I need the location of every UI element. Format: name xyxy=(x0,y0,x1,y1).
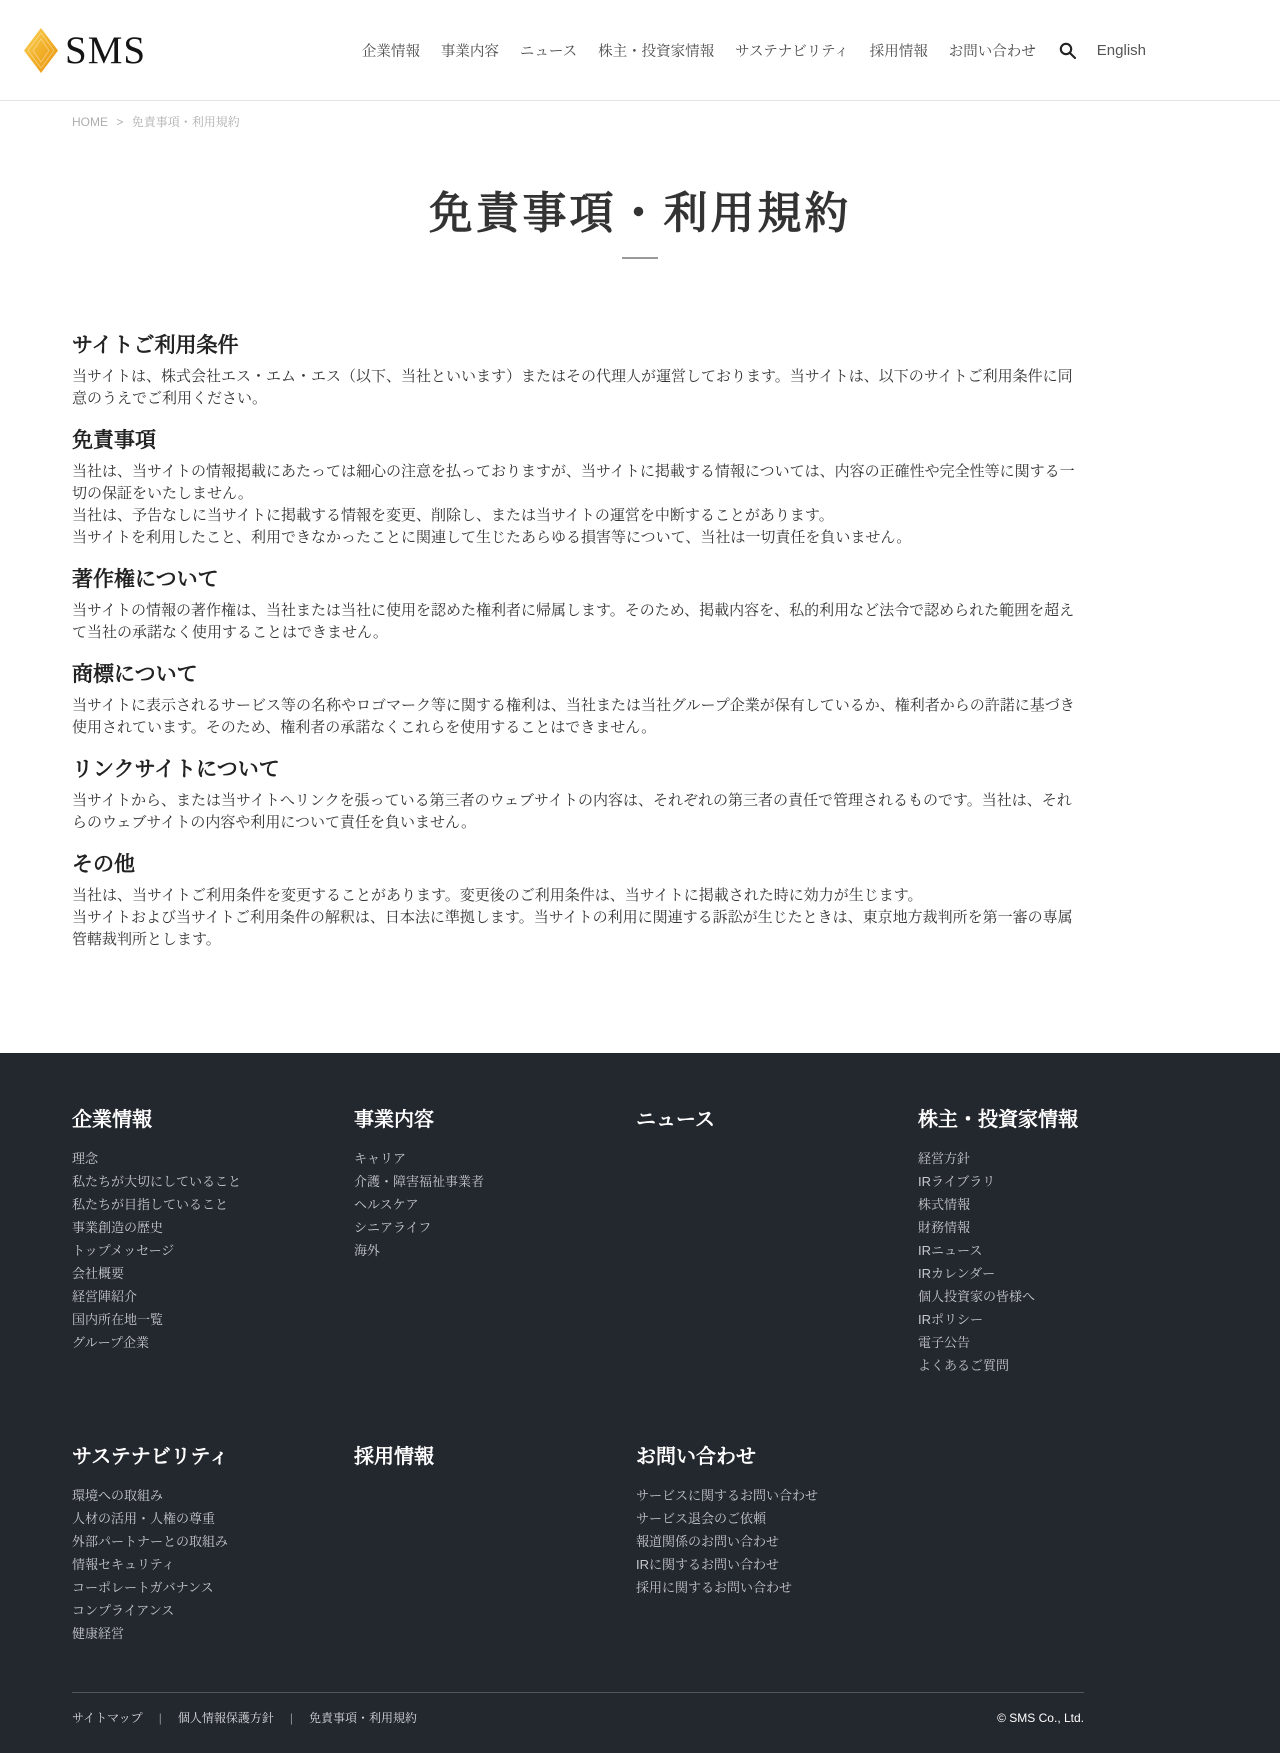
page-title: 免責事項・利用規約 xyxy=(0,184,1280,243)
footer-link[interactable]: ヘルスケア xyxy=(354,1198,636,1212)
footer-link[interactable]: IRに関するお問い合わせ xyxy=(636,1558,918,1572)
footer-link[interactable]: IRポリシー xyxy=(918,1313,1200,1327)
footer-heading-recruit[interactable]: 採用情報 xyxy=(354,1440,636,1469)
footer-terms-link[interactable]: 免責事項・利用規約 xyxy=(309,1709,417,1726)
footer-link[interactable]: 事業創造の歴史 xyxy=(72,1221,354,1235)
footer-heading-contact[interactable]: お問い合わせ xyxy=(636,1440,918,1469)
logo-diamond-icon xyxy=(24,28,58,73)
footer-links-separator: | xyxy=(290,1711,293,1725)
footer-bottom-links: サイトマップ | 個人情報保護方針 | 免責事項・利用規約 xyxy=(72,1709,417,1726)
section-body: 当サイトから、または当サイトへリンクを張っている第三者のウェブサイトの内容は、そ… xyxy=(72,790,1084,834)
footer-link[interactable]: 経営陣紹介 xyxy=(72,1290,354,1304)
footer-link[interactable]: IRライブラリ xyxy=(918,1175,1200,1189)
search-icon xyxy=(1059,42,1076,59)
logo-text: SMS xyxy=(65,31,146,70)
section-heading: 商標について xyxy=(72,662,1084,687)
footer-col-sustainability: サステナビリティ 環境への取組み 人材の活用・人権の尊重 外部パートナーとの取組… xyxy=(72,1440,354,1650)
footer-links-separator: | xyxy=(159,1711,162,1725)
section-body: 当社は、当サイトご利用条件を変更することがあります。変更後のご利用条件は、当サイ… xyxy=(72,885,1084,951)
footer-heading-news[interactable]: ニュース xyxy=(636,1103,918,1132)
footer-link[interactable]: 情報セキュリティ xyxy=(72,1558,354,1572)
language-switch[interactable]: English xyxy=(1097,42,1146,59)
section-trademark: 商標について 当サイトに表示されるサービス等の名称やロゴマーク等に関する権利は、… xyxy=(72,662,1084,739)
nav-business[interactable]: 事業内容 xyxy=(441,40,499,61)
nav-contact[interactable]: お問い合わせ xyxy=(949,40,1036,61)
footer-link[interactable]: 個人投資家の皆様へ xyxy=(918,1290,1200,1304)
footer-link[interactable]: 電子公告 xyxy=(918,1336,1200,1350)
section-heading: サイトご利用条件 xyxy=(72,333,1084,358)
header-inner: SMS 企業情報 事業内容 ニュース 株主・投資家情報 サステナビリティ 採用情… xyxy=(0,0,1280,100)
footer-link[interactable]: IRニュース xyxy=(918,1244,1200,1258)
footer-inner: 企業情報 理念 私たちが大切にしていること 私たちが目指していること 事業創造の… xyxy=(72,1103,1084,1726)
section-heading: リンクサイトについて xyxy=(72,757,1084,782)
site-header: SMS 企業情報 事業内容 ニュース 株主・投資家情報 サステナビリティ 採用情… xyxy=(0,0,1280,101)
footer-link[interactable]: キャリア xyxy=(354,1152,636,1166)
section-heading: 著作権について xyxy=(72,567,1084,592)
footer-nav-row1: 企業情報 理念 私たちが大切にしていること 私たちが目指していること 事業創造の… xyxy=(72,1103,1084,1382)
footer-link[interactable]: シニアライフ xyxy=(354,1221,636,1235)
footer-link[interactable]: 会社概要 xyxy=(72,1267,354,1281)
footer-heading-ir[interactable]: 株主・投資家情報 xyxy=(918,1103,1200,1132)
footer-link[interactable]: 私たちが目指していること xyxy=(72,1198,354,1212)
footer-link[interactable]: 海外 xyxy=(354,1244,636,1258)
footer-col-business: 事業内容 キャリア 介護・障害福祉事業者 ヘルスケア シニアライフ 海外 xyxy=(354,1103,636,1382)
footer-privacy-link[interactable]: 個人情報保護方針 xyxy=(178,1709,274,1726)
footer-link[interactable]: 株式情報 xyxy=(918,1198,1200,1212)
breadcrumb-home[interactable]: HOME xyxy=(72,115,108,129)
footer-col-contact: お問い合わせ サービスに関するお問い合わせ サービス退会のご依頼 報道関係のお問… xyxy=(636,1440,918,1650)
section-heading: 免責事項 xyxy=(72,428,1084,453)
footer-col-ir: 株主・投資家情報 経営方針 IRライブラリ 株式情報 財務情報 IRニュース I… xyxy=(918,1103,1200,1382)
breadcrumb-current: 免責事項・利用規約 xyxy=(132,115,240,129)
site-footer: 企業情報 理念 私たちが大切にしていること 私たちが目指していること 事業創造の… xyxy=(0,1053,1280,1753)
footer-link[interactable]: 介護・障害福祉事業者 xyxy=(354,1175,636,1189)
footer-link[interactable]: 国内所在地一覧 xyxy=(72,1313,354,1327)
footer-nav-row2: サステナビリティ 環境への取組み 人材の活用・人権の尊重 外部パートナーとの取組… xyxy=(72,1440,1084,1650)
footer-link[interactable]: 報道関係のお問い合わせ xyxy=(636,1535,918,1549)
footer-link[interactable]: コーポレートガバナンス xyxy=(72,1581,354,1595)
footer-link[interactable]: グループ企業 xyxy=(72,1336,354,1350)
footer-link[interactable]: 環境への取組み xyxy=(72,1489,354,1503)
footer-link[interactable]: IRカレンダー xyxy=(918,1267,1200,1281)
nav-news[interactable]: ニュース xyxy=(520,40,577,61)
footer-sitemap-link[interactable]: サイトマップ xyxy=(72,1709,143,1726)
footer-link[interactable]: コンプライアンス xyxy=(72,1604,354,1618)
nav-sustainability[interactable]: サステナビリティ xyxy=(735,40,849,61)
footer-link[interactable]: サービス退会のご依頼 xyxy=(636,1512,918,1526)
nav-recruit[interactable]: 採用情報 xyxy=(870,40,928,61)
nav-ir[interactable]: 株主・投資家情報 xyxy=(598,40,714,61)
footer-link[interactable]: 経営方針 xyxy=(918,1152,1200,1166)
section-others: その他 当社は、当サイトご利用条件を変更することがあります。変更後のご利用条件は… xyxy=(72,852,1084,951)
page: SMS 企業情報 事業内容 ニュース 株主・投資家情報 サステナビリティ 採用情… xyxy=(0,0,1280,1753)
title-divider xyxy=(622,257,658,259)
section-copyright: 著作権について 当サイトの情報の著作権は、当社または当社に使用を認めた権利者に帰… xyxy=(72,567,1084,644)
footer-link[interactable]: 財務情報 xyxy=(918,1221,1200,1235)
footer-link[interactable]: 人材の活用・人権の尊重 xyxy=(72,1512,354,1526)
section-body: 当社は、当サイトの情報掲載にあたっては細心の注意を払っておりますが、当サイトに掲… xyxy=(72,461,1084,549)
footer-link[interactable]: 理念 xyxy=(72,1152,354,1166)
footer-link[interactable]: サービスに関するお問い合わせ xyxy=(636,1489,918,1503)
footer-col-corporate: 企業情報 理念 私たちが大切にしていること 私たちが目指していること 事業創造の… xyxy=(72,1103,354,1382)
footer-col-recruit: 採用情報 xyxy=(354,1440,636,1650)
footer-link[interactable]: 採用に関するお問い合わせ xyxy=(636,1581,918,1595)
search-button[interactable] xyxy=(1059,42,1076,59)
section-body: 当サイトの情報の著作権は、当社または当社に使用を認めた権利者に帰属します。そのた… xyxy=(72,600,1084,644)
terms-content: サイトご利用条件 当サイトは、株式会社エス・エム・エス（以下、当社といいます）ま… xyxy=(72,333,1084,951)
footer-heading-sustainability[interactable]: サステナビリティ xyxy=(72,1440,354,1469)
footer-bottom-bar: サイトマップ | 個人情報保護方針 | 免責事項・利用規約 © SMS Co.,… xyxy=(72,1692,1084,1726)
footer-link[interactable]: 私たちが大切にしていること xyxy=(72,1175,354,1189)
main-nav: 企業情報 事業内容 ニュース 株主・投資家情報 サステナビリティ 採用情報 お問… xyxy=(362,40,1146,61)
footer-col-news: ニュース xyxy=(636,1103,918,1382)
logo[interactable]: SMS xyxy=(24,28,146,73)
footer-link[interactable]: トップメッセージ xyxy=(72,1244,354,1258)
section-disclaimer: 免責事項 当社は、当サイトの情報掲載にあたっては細心の注意を払っておりますが、当… xyxy=(72,428,1084,549)
section-body: 当サイトに表示されるサービス等の名称やロゴマーク等に関する権利は、当社または当社… xyxy=(72,695,1084,739)
main-content: 免責事項・利用規約 サイトご利用条件 当サイトは、株式会社エス・エム・エス（以下… xyxy=(0,130,1280,1053)
breadcrumb: HOME > 免責事項・利用規約 xyxy=(72,101,1084,130)
copyright: © SMS Co., Ltd. xyxy=(997,1711,1084,1725)
section-heading: その他 xyxy=(72,852,1084,877)
footer-heading-corporate[interactable]: 企業情報 xyxy=(72,1103,354,1132)
footer-heading-business[interactable]: 事業内容 xyxy=(354,1103,636,1132)
footer-link[interactable]: よくあるご質問 xyxy=(918,1359,1200,1373)
nav-corporate[interactable]: 企業情報 xyxy=(362,40,420,61)
footer-link[interactable]: 健康経営 xyxy=(72,1627,354,1641)
section-body: 当サイトは、株式会社エス・エム・エス（以下、当社といいます）またはその代理人が運… xyxy=(72,366,1084,410)
section-linked-sites: リンクサイトについて 当サイトから、または当サイトへリンクを張っている第三者のウ… xyxy=(72,757,1084,834)
section-site-terms: サイトご利用条件 当サイトは、株式会社エス・エム・エス（以下、当社といいます）ま… xyxy=(72,333,1084,410)
footer-link[interactable]: 外部パートナーとの取組み xyxy=(72,1535,354,1549)
breadcrumb-separator: > xyxy=(116,115,123,129)
